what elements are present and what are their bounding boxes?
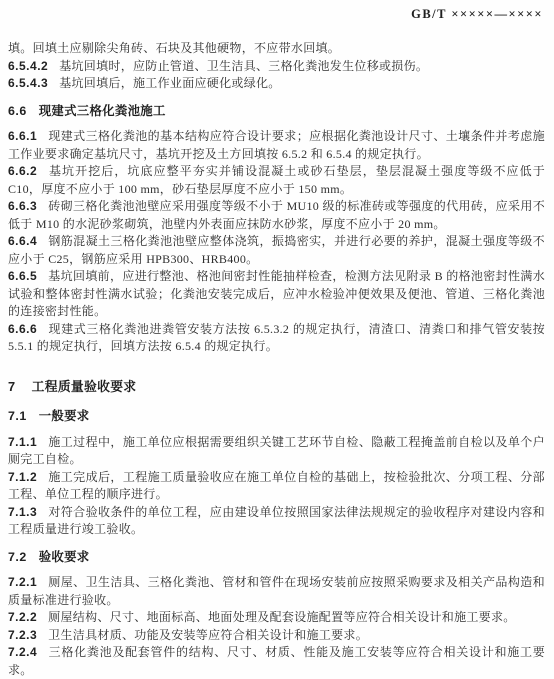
clause-text: 砖砌三格化粪池池壁应采用强度等级不小于 MU10 级的标准砖或等强度的代用砖，应…: [8, 199, 545, 231]
heading-text: 现建式三格化粪池施工: [39, 104, 166, 118]
section-heading-6.6: 6.6现建式三格化粪池施工: [8, 103, 545, 121]
paragraph-continuation: 填。回填土应剔除尖角砖、石块及其他硬物，不应带水回填。: [8, 40, 545, 58]
clause-text: 现建式三格化粪池进粪管安装方法按 6.5.3.2 的规定执行，清渣口、清粪口和排…: [8, 322, 545, 354]
section-heading-7.1: 7.1一般要求: [8, 408, 545, 426]
clause-number: 7.2.1: [8, 575, 37, 589]
clause-6.6.6: 6.6.6现建式三格化粪池进粪管安装方法按 6.5.3.2 的规定执行，清渣口、…: [8, 321, 545, 356]
clause-7.1.1: 7.1.1施工过程中，施工单位应根据需要组织关键工艺环节自检、隐蔽工程掩盖前自检…: [8, 434, 545, 469]
clause-text: 基坑回填前，应进行整池、格池间密封性能抽样检查，检测方法见附录 B 的格池密封性…: [8, 269, 545, 318]
clause-6.6.3: 6.6.3砖砌三格化粪池池壁应采用强度等级不小于 MU10 级的标准砖或等强度的…: [8, 198, 545, 233]
clause-text: 填。回填土应剔除尖角砖、石块及其他硬物，不应带水回填。: [8, 41, 340, 55]
heading-text: 验收要求: [39, 550, 90, 564]
clause-text: 厕屋、卫生洁具、三格化粪池、管材和管件在现场安装前应按照采购要求及相关产品构造和…: [8, 575, 545, 607]
clause-7.1.2: 7.1.2施工完成后，工程施工质量验收应在施工单位自检的基础上，按检验批次、分项…: [8, 469, 545, 504]
clause-text: 对符合验收条件的单位工程，应由建设单位按照国家法律法规规定的验收程序对建设内容和…: [8, 505, 545, 537]
clause-text: 基坑开挖后，坑底应整平夯实并铺设混凝土或砂石垫层，垫层混凝土强度等级不应低于 C…: [8, 164, 545, 196]
clause-7.2.4: 7.2.4三格化粪池及配套管件的结构、尺寸、材质、性能及施工安装等应符合相关设计…: [8, 644, 545, 679]
clause-number: 7.1.3: [8, 505, 37, 519]
clause-text: 施工完成后，工程施工质量验收应在施工单位自检的基础上，按检验批次、分项工程、分部…: [8, 470, 545, 502]
clause-7.1.3: 7.1.3对符合验收条件的单位工程，应由建设单位按照国家法律法规规定的验收程序对…: [8, 504, 545, 539]
clause-number: 7.2: [8, 550, 27, 564]
clause-text: 钢筋混凝土三格化粪池池壁应整体浇筑，振捣密实，并进行必要的养护，混凝土强度等级不…: [8, 234, 545, 266]
clause-6.6.5: 6.6.5基坑回填前，应进行整池、格池间密封性能抽样检查，检测方法见附录 B 的…: [8, 268, 545, 321]
clause-7.2.2: 7.2.2厕屋结构、尺寸、地面标高、地面处理及配套设施配置等应符合相关设计和施工…: [8, 609, 545, 627]
clause-text: 卫生洁具材质、功能及安装等应符合相关设计和施工要求。: [48, 628, 368, 642]
clause-6.5.4.3: 6.5.4.3基坑回填后，施工作业面应硬化或绿化。: [8, 75, 545, 93]
clause-text: 厕屋结构、尺寸、地面标高、地面处理及配套设施配置等应符合相关设计和施工要求。: [48, 610, 515, 624]
clause-number: 7.2.3: [8, 628, 37, 642]
clause-number: 6.6: [8, 104, 27, 118]
heading-text: 工程质量验收要求: [32, 379, 137, 394]
clause-text: 施工过程中，施工单位应根据需要组织关键工艺环节自检、隐蔽工程掩盖前自检以及单个户…: [8, 435, 545, 467]
section-heading-7.2: 7.2验收要求: [8, 549, 545, 567]
clause-number: 6.6.5: [8, 269, 37, 283]
clause-number: 7: [8, 379, 16, 394]
section-heading-7: 7工程质量验收要求: [8, 378, 545, 396]
clause-number: 7.1.2: [8, 470, 37, 484]
clause-number: 7.2.4: [8, 645, 37, 659]
standard-document-page: GB/T ×××××—×××× 填。回填土应剔除尖角砖、石块及其他硬物，不应带水…: [0, 0, 554, 679]
clause-number: 6.6.3: [8, 199, 37, 213]
clause-6.6.4: 6.6.4钢筋混凝土三格化粪池池壁应整体浇筑，振捣密实，并进行必要的养护，混凝土…: [8, 233, 545, 268]
clause-6.5.4.2: 6.5.4.2基坑回填时，应防止管道、卫生洁具、三格化粪池发生位移或损伤。: [8, 58, 545, 76]
clause-7.2.1: 7.2.1厕屋、卫生洁具、三格化粪池、管材和管件在现场安装前应按照采购要求及相关…: [8, 574, 545, 609]
clause-number: 6.6.6: [8, 322, 37, 336]
clause-number: 7.1.1: [8, 435, 37, 449]
clause-number: 6.5.4.3: [8, 76, 48, 90]
clause-number: 6.5.4.2: [8, 59, 48, 73]
doc-number-header: GB/T ×××××—××××: [8, 7, 543, 22]
clause-number: 6.6.2: [8, 164, 37, 178]
clause-number: 7.1: [8, 409, 27, 423]
clause-text: 三格化粪池及配套管件的结构、尺寸、材质、性能及施工安装等应符合相关设计和施工要求…: [8, 645, 545, 677]
clause-text: 现建式三格化粪池的基本结构应符合设计要求；应根据化粪池设计尺寸、土壤条件并考虑施…: [8, 129, 545, 161]
clause-text: 基坑回填后，施工作业面应硬化或绿化。: [59, 76, 280, 90]
clause-6.6.1: 6.6.1现建式三格化粪池的基本结构应符合设计要求；应根据化粪池设计尺寸、土壤条…: [8, 128, 545, 163]
clause-number: 6.6.4: [8, 234, 37, 248]
clause-number: 6.6.1: [8, 129, 37, 143]
clause-7.2.3: 7.2.3卫生洁具材质、功能及安装等应符合相关设计和施工要求。: [8, 627, 545, 645]
document-body: 填。回填土应剔除尖角砖、石块及其他硬物，不应带水回填。6.5.4.2基坑回填时，…: [8, 40, 545, 679]
clause-6.6.2: 6.6.2基坑开挖后，坑底应整平夯实并铺设混凝土或砂石垫层，垫层混凝土强度等级不…: [8, 163, 545, 198]
clause-text: 基坑回填时，应防止管道、卫生洁具、三格化粪池发生位移或损伤。: [59, 59, 428, 73]
heading-text: 一般要求: [39, 409, 90, 423]
clause-number: 7.2.2: [8, 610, 37, 624]
